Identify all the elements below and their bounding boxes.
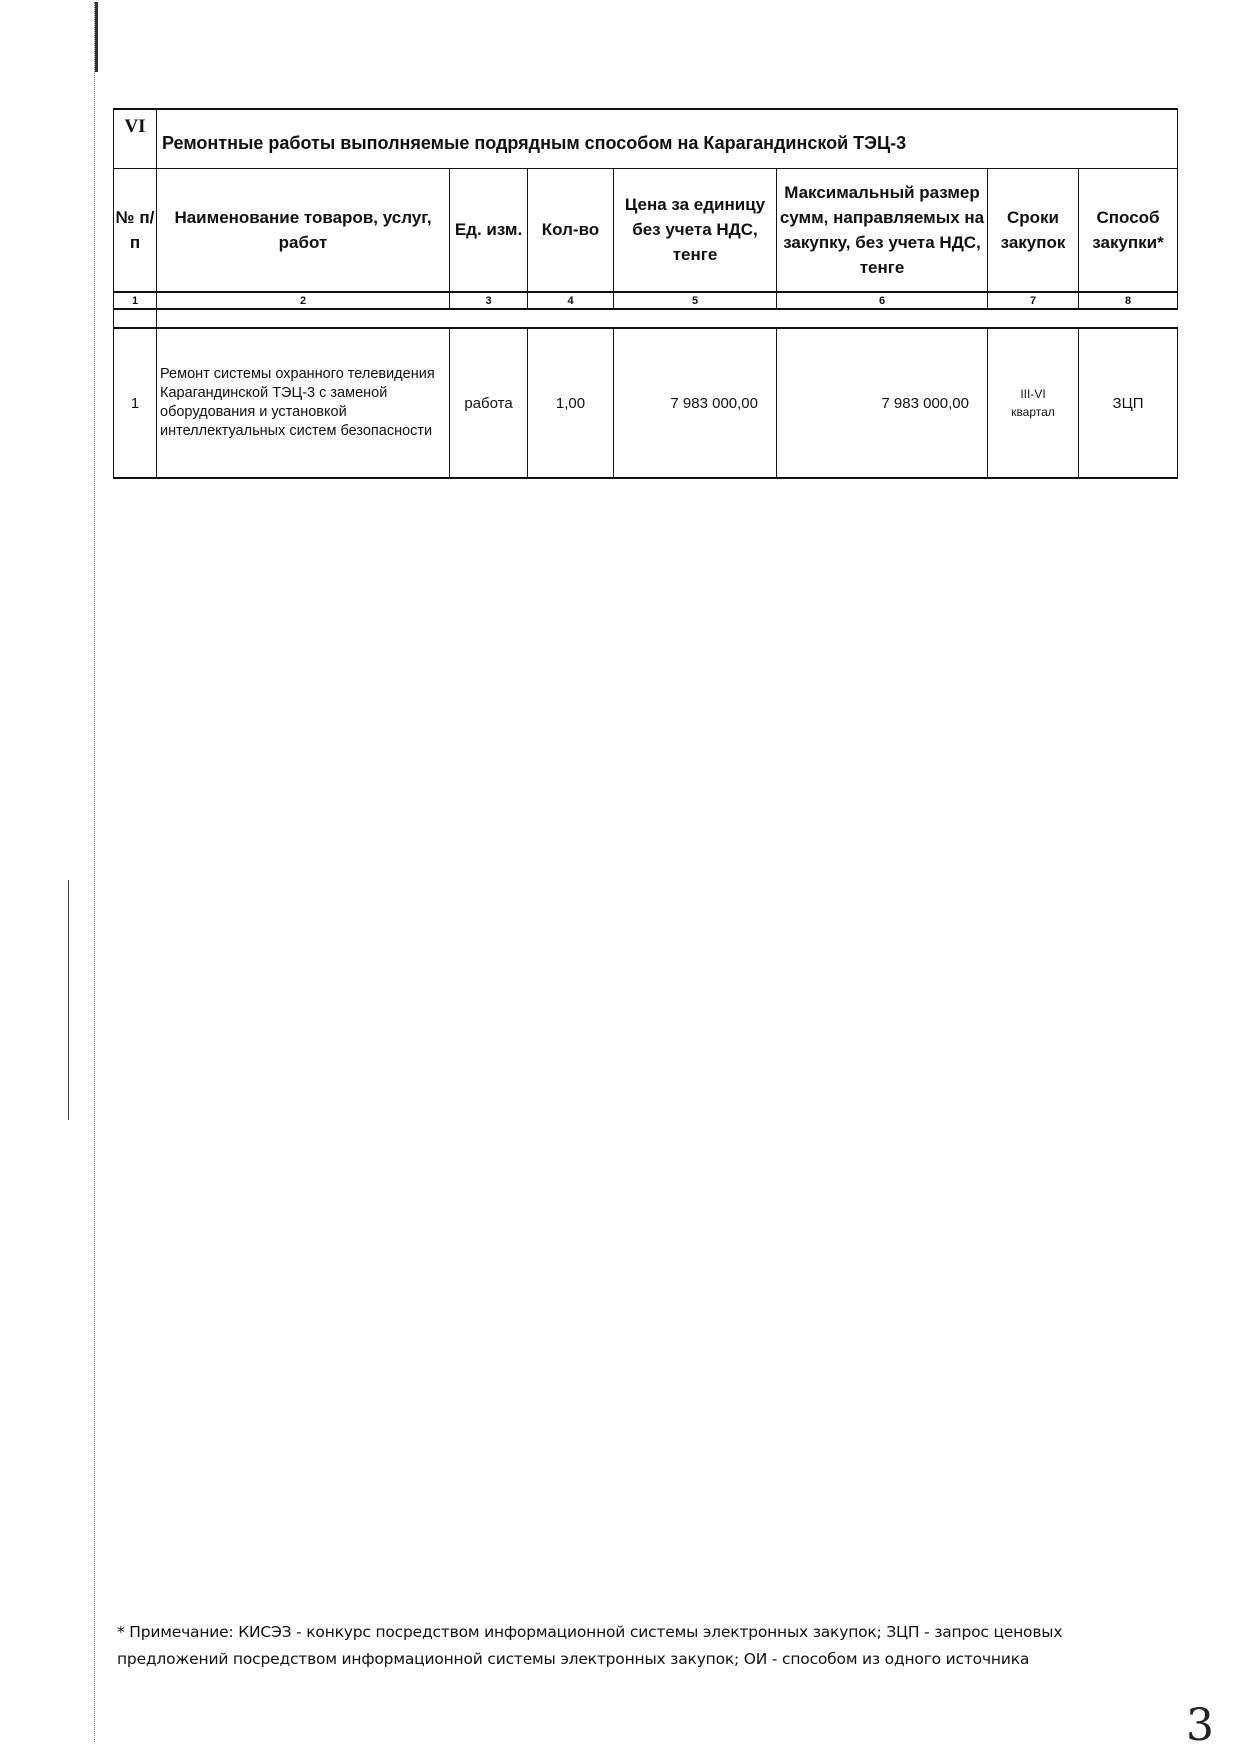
row-period: III-VI квартал: [988, 328, 1079, 478]
spacer-row: [114, 309, 1178, 328]
scan-artifact: [68, 880, 71, 1120]
header-name: Наименование товаров, услуг, работ: [157, 168, 450, 292]
col-number: 5: [614, 292, 777, 309]
header-method: Способ закупки*: [1079, 168, 1178, 292]
scan-artifact: [94, 2, 97, 1742]
row-unit-price: 7 983 000,00: [614, 328, 777, 478]
section-number: VI: [114, 109, 157, 168]
row-no: 1: [114, 328, 157, 478]
header-max-amount: Максимальный размер сумм, направляемых н…: [777, 168, 988, 292]
header-period: Сроки закупок: [988, 168, 1079, 292]
header-quantity: Кол-во: [528, 168, 614, 292]
page-number: 3: [1186, 1700, 1214, 1751]
section-title: Ремонтные работы выполняемые подрядным с…: [157, 109, 1178, 168]
col-number: 6: [777, 292, 988, 309]
header-unit-price: Цена за единицу без учета НДС, тенге: [614, 168, 777, 292]
col-number: 1: [114, 292, 157, 309]
row-method: ЗЦП: [1079, 328, 1178, 478]
header-unit: Ед. изм.: [450, 168, 528, 292]
header-row: № п/п Наименование товаров, услуг, работ…: [114, 168, 1178, 292]
col-number: 4: [528, 292, 614, 309]
table-row: 1 Ремонт системы охранного телевидения К…: [114, 328, 1178, 478]
footnote: * Примечание: КИСЭЗ - конкурс посредство…: [117, 1619, 1157, 1673]
col-number: 2: [157, 292, 450, 309]
row-quantity: 1,00: [528, 328, 614, 478]
procurement-table: VI Ремонтные работы выполняемые подрядны…: [113, 108, 1178, 479]
row-name: Ремонт системы охранного телевидения Кар…: [157, 328, 450, 478]
col-number: 3: [450, 292, 528, 309]
header-no: № п/п: [114, 168, 157, 292]
col-number: 7: [988, 292, 1079, 309]
col-number: 8: [1079, 292, 1178, 309]
column-number-row: 1 2 3 4 5 6 7 8: [114, 292, 1178, 309]
row-unit: работа: [450, 328, 528, 478]
row-max-amount: 7 983 000,00: [777, 328, 988, 478]
